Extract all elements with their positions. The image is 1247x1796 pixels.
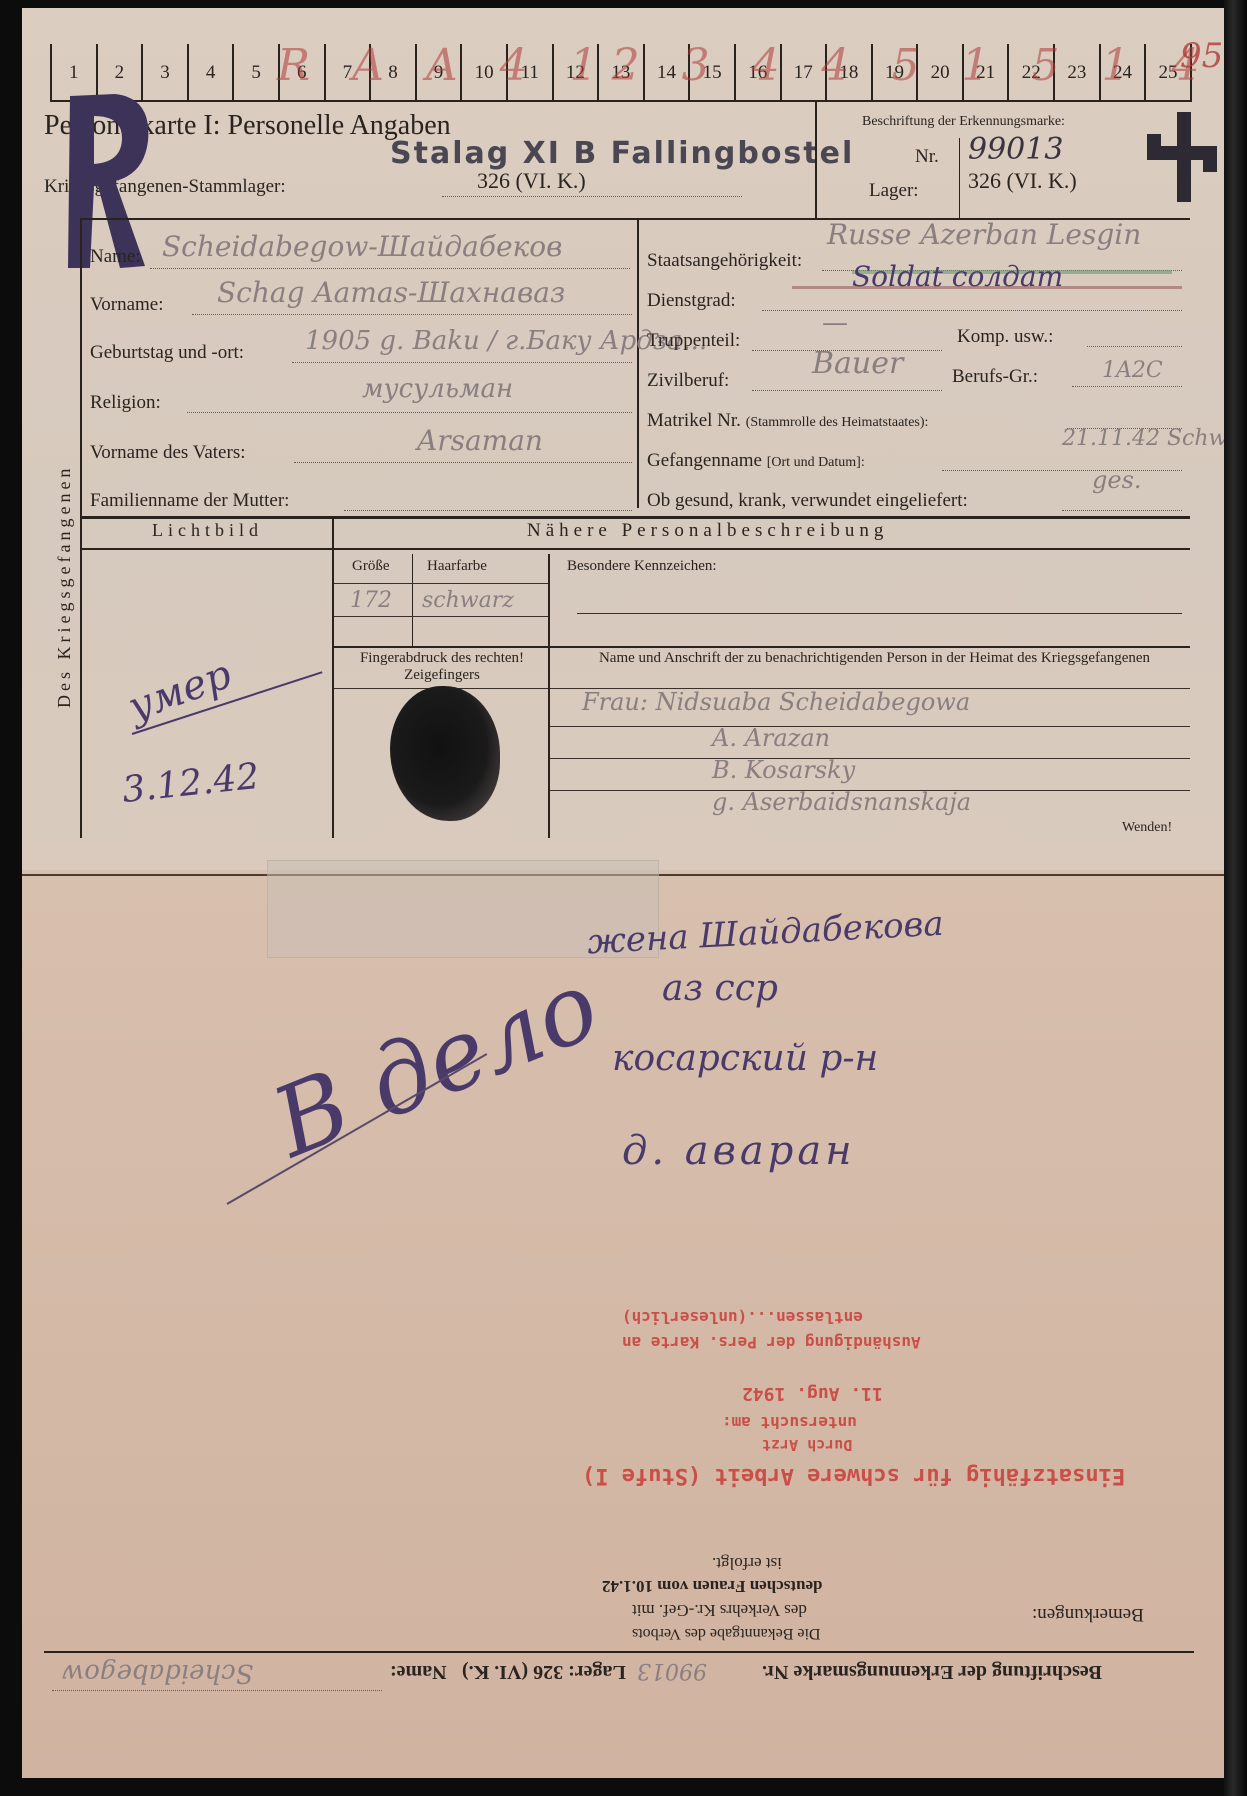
divider (50, 100, 1192, 102)
field-label-father: Vorname des Vaters: (90, 442, 246, 464)
divider (80, 548, 1190, 550)
dotted-line (187, 412, 632, 413)
footer-name-value: Scheidabegow (62, 1658, 254, 1688)
tag-header: Beschriftung der Erkennungsmarke: (862, 114, 1065, 130)
side-label: Des Kriegsgefangenen (54, 465, 75, 708)
field-value-religion: мусульман (362, 374, 513, 404)
contact-line-3: B. Kosarsky (712, 756, 855, 784)
matrikel-sublabel: (Stammrolle des Heimatstaates): (746, 415, 929, 430)
divider (334, 646, 1190, 648)
remarks-label: Bemerkungen: (1032, 1603, 1144, 1625)
field-value-name: Scheidabegow-Шайдабеков (162, 230, 562, 263)
tag-nr-label: Nr. (915, 146, 939, 168)
field-value-unit: — (822, 308, 848, 338)
red-underline (792, 286, 1182, 289)
field-label-rank: Dienstgrad: (647, 290, 736, 312)
strip-cell: 5 (232, 44, 278, 102)
divider (959, 138, 960, 218)
field-label-capture: Gefangenname [Ort und Datum]: (647, 450, 865, 472)
field-value-father: Arsaman (417, 424, 543, 457)
divider (334, 616, 548, 617)
capture-sublabel: [Ort und Datum]: (767, 455, 865, 470)
back-note-line-4: д. аваран (622, 1128, 856, 1174)
footer-nr: 99013 (637, 1658, 707, 1683)
hair-label: Haarfarbe (427, 558, 487, 575)
red-stamp-title: Einsatzfähig für schwere Arbeit (Stufe I… (582, 1463, 1125, 1488)
field-label-name: Name: (90, 246, 141, 268)
field-label-occupation: Zivilberuf: (647, 370, 729, 392)
back-note-line-3: косарский р-н (612, 1038, 878, 1079)
footer-lager: Lager: 326 (VI. K.) (462, 1660, 626, 1683)
dotted-line (442, 196, 742, 197)
remarks-line: ist erfolgt. (712, 1553, 782, 1573)
camp-stamp: Stalag XI B Fallingbostel (390, 136, 854, 171)
field-label-mother: Familienname der Mutter: (90, 490, 289, 512)
red-stamp-line: untersucht am: (722, 1413, 857, 1432)
divider (550, 758, 1190, 759)
field-label-birth: Geburtstag und -ort: (90, 342, 244, 364)
height-value: 172 (350, 588, 392, 613)
field-label-unit: Truppenteil: (647, 330, 740, 352)
hair-value: schwarz (422, 588, 514, 613)
dotted-line (344, 510, 632, 511)
tag-lager-value: 326 (VI. K.) (968, 168, 1077, 194)
field-label-matrikel: Matrikel Nr. (Stammrolle des Heimatstaat… (647, 410, 928, 432)
footer-label: Beschriftung der Erkennungsmarke Nr. (762, 1660, 1102, 1683)
field-label-occupation-group: Berufs-Gr.: (952, 366, 1038, 388)
field-value-health: ges. (1092, 466, 1142, 494)
turn-over-note: Wenden! (1122, 820, 1172, 836)
tag-lager-label: Lager: (869, 180, 919, 202)
field-value-vorname: Schag Aamas-Шахнаваз (217, 276, 565, 309)
field-value-capture: 21.11.42 Schwan... (1062, 426, 1247, 451)
field-label-nationality: Staatsangehörigkeit: (647, 250, 802, 272)
field-label-company: Komp. usw.: (957, 326, 1053, 348)
divider (550, 726, 1190, 727)
red-corner-mark: 95 (1180, 36, 1223, 76)
red-stamp-line: entlassen...(unleserlich) (622, 1308, 863, 1327)
scan-edge (1224, 0, 1247, 1796)
field-value-occupation-group: 1A2C (1102, 358, 1163, 383)
field-value-occupation: Bauer (812, 346, 903, 381)
photo-header: Lichtbild (152, 520, 263, 541)
divider (332, 516, 334, 838)
dotted-line (1087, 346, 1182, 347)
footer-name-label: Name: (390, 1660, 447, 1683)
dotted-line (52, 1690, 382, 1691)
divider (815, 102, 817, 218)
strip-handwriting: R A A 4 12 3 4 4 5 1 5 1 4 1 3 (277, 40, 1247, 91)
dotted-line (294, 462, 632, 463)
red-stamp-line: Aushändigung der Pers. Karte an (622, 1333, 921, 1352)
fingerprint-label: Fingerabdruck des rechten! Zeigefingers (338, 650, 546, 684)
capture-label: Gefangenname (647, 450, 762, 471)
dotted-line (942, 470, 1182, 471)
remarks-line: Die Bekanntgabe des Verbots (632, 1624, 821, 1642)
section-header: Nähere Personalbeschreibung (527, 520, 888, 542)
red-stamp-date: 11. Aug. 1942 (742, 1383, 883, 1404)
red-stamp-line: Durch Arzt (762, 1436, 852, 1454)
dotted-line (292, 362, 632, 363)
cross-mark-icon (1147, 112, 1217, 202)
divider (637, 218, 639, 508)
remarks-line: des Verkehrs Kr.-Gef. mit (632, 1600, 807, 1620)
stammlager-value: 326 (VI. K.) (477, 168, 586, 194)
height-label: Größe (352, 558, 390, 575)
field-label-religion: Religion: (90, 392, 161, 414)
remarks-line: deutschen Frauen vom 10.1.42 (602, 1576, 823, 1596)
contact-line-1: Frau: Nidsuaba Scheidabegowa (582, 688, 970, 716)
field-value-nationality: Russe Azerban Lesgin (827, 218, 1141, 251)
matrikel-label: Matrikel Nr. (647, 410, 741, 431)
divider (80, 516, 1190, 519)
r-stamp-icon (60, 86, 156, 271)
dotted-line (192, 314, 632, 315)
contact-label: Name und Anschrift der zu benachrichtige… (567, 650, 1182, 667)
field-label-vorname: Vorname: (90, 294, 164, 316)
divider (577, 613, 1182, 614)
divider (80, 218, 82, 838)
pow-personnel-card: 1234567891011121314151617181920212223242… (22, 8, 1224, 1778)
tag-nr-value: 99013 (968, 132, 1063, 167)
divider (44, 1651, 1194, 1653)
back-note-line-2: аз сср (662, 968, 778, 1009)
dotted-line (1062, 510, 1182, 511)
field-label-health: Ob gesund, krank, verwundet eingeliefert… (647, 490, 968, 512)
contact-line-4: g. Aserbaidsnanskaja (712, 788, 971, 816)
dotted-line (1072, 386, 1182, 387)
dotted-line (752, 390, 942, 391)
contact-line-2: A. Arazan (712, 724, 830, 752)
marks-label: Besondere Kennzeichen: (567, 558, 717, 575)
divider (334, 583, 548, 584)
divider (412, 554, 413, 646)
dotted-line (150, 268, 630, 269)
strip-cell: 4 (187, 44, 233, 102)
divider (548, 554, 550, 838)
